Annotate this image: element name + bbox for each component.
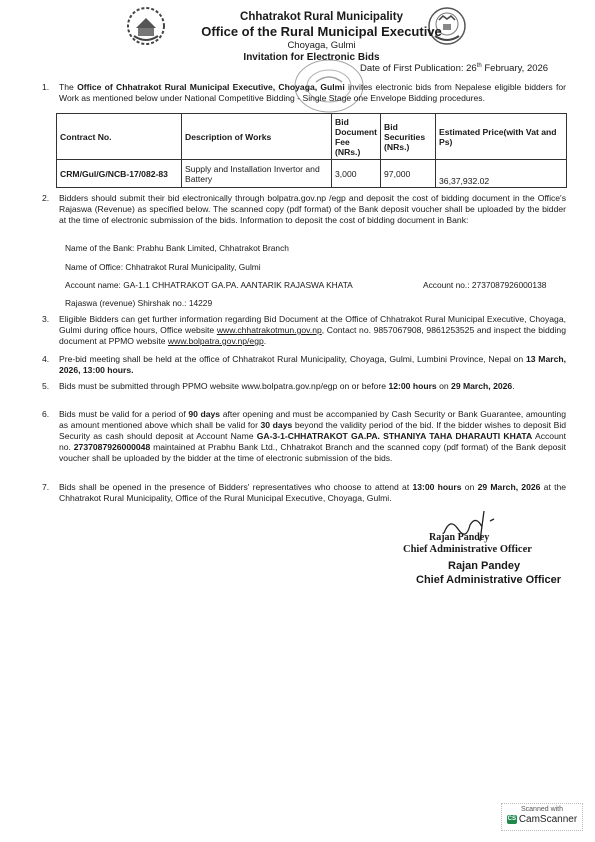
camscanner-watermark: Scanned with CS CamScanner (501, 803, 583, 831)
signatory-title: Chief Administrative Officer (403, 544, 532, 555)
office-name: Office of the Rural Municipal Executive (24, 24, 595, 39)
office-location: Choyaga, Gulmi (24, 40, 595, 51)
section-6: 6. Bids must be valid for a period of 90… (59, 409, 566, 464)
section-2: 2. Bidders should submit their bid elect… (59, 193, 566, 226)
table-row: CRM/Gul/G/NCB-17/082-83 Supply and Insta… (57, 160, 567, 188)
header-description: Description of Works (182, 114, 332, 160)
section-1: 1. The Office of Chhatrakot Rural Munici… (59, 82, 566, 104)
cell-contract-no: CRM/Gul/G/NCB-17/082-83 (57, 160, 182, 188)
stamp-name: Rajan Pandey (448, 560, 520, 572)
account-name: Account name: GA-1.1 CHHATRAKOT GA.PA. A… (65, 280, 353, 290)
header-securities: Bid Securities (NRs.) (381, 114, 436, 160)
header-contract-no: Contract No. (57, 114, 182, 160)
cell-doc-fee: 3,000 (332, 160, 381, 188)
camscanner-brand: CamScanner (519, 814, 577, 825)
bank-name: Name of the Bank: Prabhu Bank Limited, C… (65, 243, 289, 253)
cell-securities: 97,000 (381, 160, 436, 188)
section-5: 5. Bids must be submitted through PPMO w… (59, 381, 566, 392)
bids-table: Contract No. Description of Works Bid Do… (56, 113, 567, 188)
section-3: 3. Eligible Bidders can get further info… (59, 314, 566, 347)
section-7: 7. Bids shall be opened in the presence … (59, 482, 566, 504)
publication-date: Date of First Publication: 26th February… (360, 63, 548, 74)
cell-description: Supply and Installation Invertor and Bat… (182, 160, 332, 188)
camscanner-logo-icon: CS (507, 815, 517, 824)
municipality-name: Chhatrakot Rural Municipality (24, 11, 595, 23)
header-estimated-price: Estimated Price(with Vat and Ps) (436, 114, 567, 160)
ppmo-website-link[interactable]: www.bolpatra.gov.np/egp (168, 336, 264, 346)
table-header-row: Contract No. Description of Works Bid Do… (57, 114, 567, 160)
document-page: Chhatrakot Rural Municipality Office of … (0, 0, 595, 842)
stamp-title: Chief Administrative Officer (416, 574, 561, 586)
header-doc-fee: Bid Document Fee (NRs.) (332, 114, 381, 160)
office-name-bank: Name of Office: Chhatrakot Rural Municip… (65, 262, 261, 272)
cell-estimated-price: 36,37,932.02 (436, 160, 567, 188)
revenue-shirshak: Rajaswa (revenue) Shirshak no.: 14229 (65, 298, 212, 308)
municipality-website-link[interactable]: www.chhatrakotmun.gov.np (217, 325, 322, 335)
signatory-name: Rajan Pandey (429, 532, 489, 543)
account-number: Account no.: 2737087926000138 (423, 280, 546, 290)
section-4: 4. Pre-bid meeting shall be held at the … (59, 354, 566, 376)
